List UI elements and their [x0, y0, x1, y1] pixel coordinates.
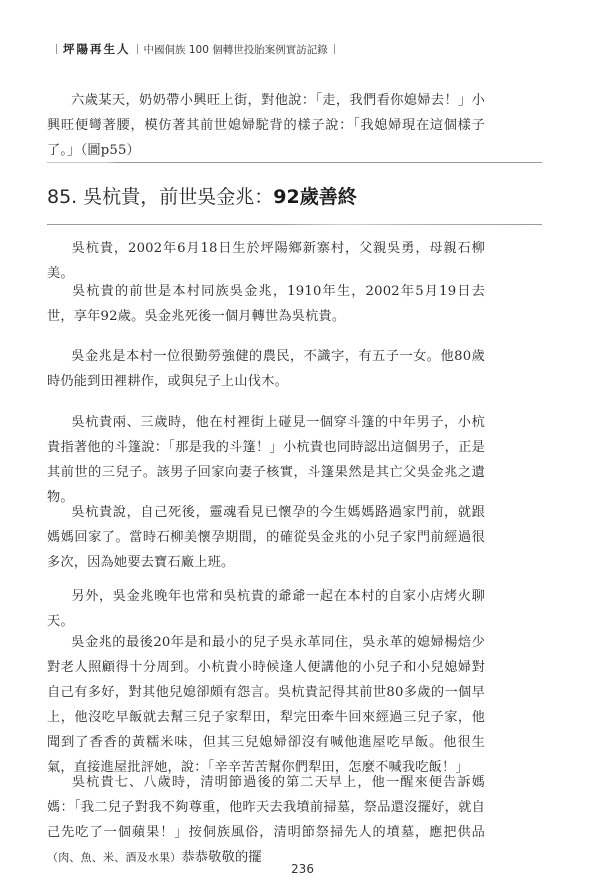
- section-title-highlight: 92歲善終: [273, 182, 356, 209]
- running-header: 坪陽再生人 中國侗族 100 個轉世投胎案例實訪記錄: [50, 41, 341, 57]
- paragraph-4: 吳杭貴兩、三歲時，他在村裡街上碰見一個穿斗篷的中年男子，小杭貴指著他的斗篷說：「…: [47, 410, 485, 510]
- book-title: 坪陽再生人: [63, 41, 131, 57]
- paragraph-text: 吳金兆是本村一位很勤勞強健的農民，不識字，有五子一女。他80歲時仍能到田裡耕作，…: [47, 349, 485, 389]
- section-title-names: 85. 吳杭貴，前世吳金兆：: [47, 182, 273, 209]
- section-divider-top: [47, 162, 542, 163]
- header-divider: [334, 44, 335, 54]
- section-divider-bottom: [47, 224, 542, 225]
- header-divider: [137, 44, 138, 54]
- paragraph-5: 吳杭貴說，自己死後，靈魂看見已懷孕的今生媽媽路過家門前，就跟媽媽回家了。當時石柳…: [47, 500, 485, 575]
- page-number: 236: [0, 862, 605, 876]
- paragraph-text: 吳杭貴七、八歲時，清明節過後的第二天早上，他一醒來便告訴媽媽：「我二兒子對我不夠…: [47, 775, 485, 840]
- paragraph-2: 吳杭貴的前世是本村同族吳金兆，1910年生，2002年5月19日去世，享年92歲…: [47, 279, 485, 329]
- paragraph-3: 吳金兆是本村一位很勤勞強健的農民，不識字，有五子一女。他80歲時仍能到田裡耕作，…: [47, 344, 485, 394]
- paragraph-text: 吳杭貴兩、三歲時，他在村裡街上碰見一個穿斗篷的中年男子，小杭貴指著他的斗篷說：「…: [47, 415, 485, 505]
- paragraph-8: 吳杭貴七、八歲時，清明節過後的第二天早上，他一醒來便告訴媽媽：「我二兒子對我不夠…: [47, 770, 485, 870]
- paragraph-text: 吳杭貴說，自己死後，靈魂看見已懷孕的今生媽媽路過家門前，就跟媽媽回家了。當時石柳…: [47, 505, 485, 570]
- paragraph-text: 吳金兆的最後20年是和最小的兒子吳永革同住，吳永革的媳婦楊焙少對老人照顧得十分周…: [47, 635, 485, 775]
- paragraph-text: 另外，吳金兆晚年也常和吳杭貴的爺爺一起在本村的自家小店烤火聊天。: [47, 589, 485, 629]
- paragraph-text: 吳杭貴，2002年6月18日生於坪陽鄉新寨村，父親吳勇，母親石柳美。: [47, 241, 485, 281]
- paragraph-previous-case: 六歲某天，奶奶帶小興旺上街，對他說：「走，我們看你媳婦去！」小興旺便彎著腰，模仿…: [47, 88, 485, 163]
- paragraph-text: 吳杭貴的前世是本村同族吳金兆，1910年生，2002年5月19日去世，享年92歲…: [47, 284, 485, 324]
- book-subtitle: 中國侗族 100 個轉世投胎案例實訪記錄: [144, 42, 328, 57]
- paragraph-6: 另外，吳金兆晚年也常和吳杭貴的爺爺一起在本村的自家小店烤火聊天。: [47, 584, 485, 634]
- section-title: 85. 吳杭貴，前世吳金兆： 92歲善終: [47, 182, 357, 209]
- paragraph-text: 六歲某天，奶奶帶小興旺上街，對他說：「走，我們看你媳婦去！」小興旺便彎著腰，模仿…: [47, 93, 485, 158]
- header-divider: [56, 44, 57, 54]
- paragraph-7: 吳金兆的最後20年是和最小的兒子吳永革同住，吳永革的媳婦楊焙少對老人照顧得十分周…: [47, 630, 485, 780]
